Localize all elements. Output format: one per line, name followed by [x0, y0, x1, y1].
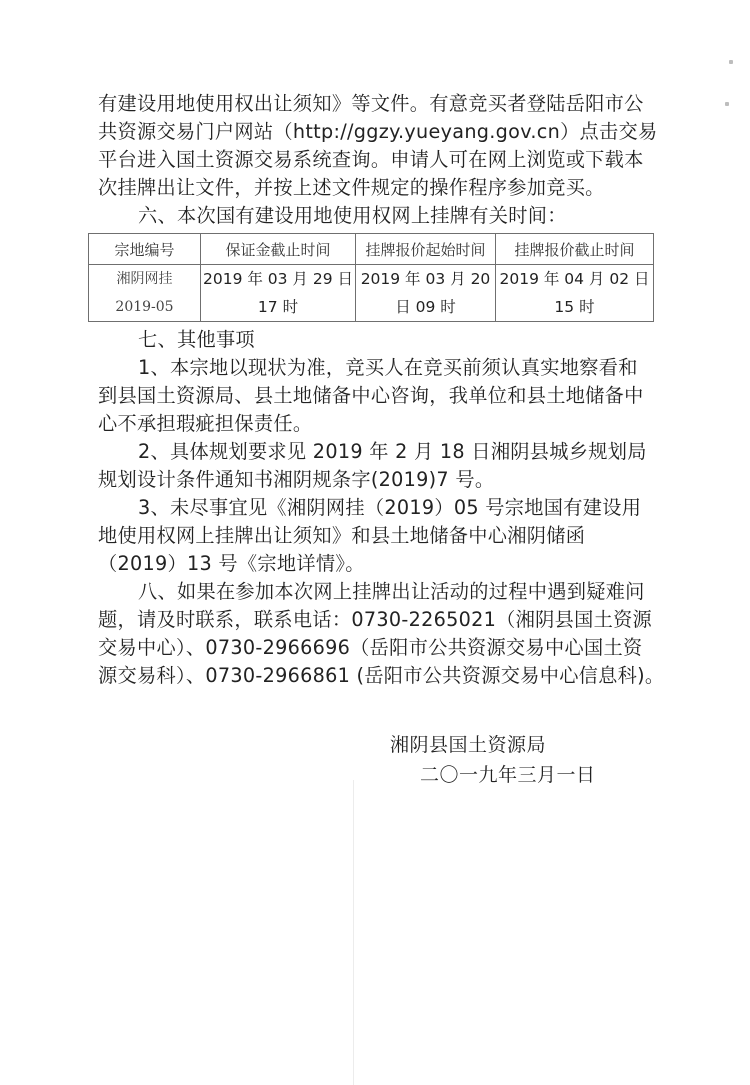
column-header-bid-end: 挂牌报价截止时间: [496, 234, 654, 265]
issue-date: 二〇一九年三月一日: [420, 760, 596, 787]
text-line: 心不承担瑕疵担保责任。: [98, 410, 643, 438]
listing-times-table: 宗地编号 保证金截止时间 挂牌报价起始时间 挂牌报价截止时间 湘阴网挂 2019…: [88, 233, 654, 322]
scan-speck: [729, 60, 733, 64]
text-line: 3、未尽事宜见《湘阴网挂（2019）05 号宗地国有建设用: [98, 494, 643, 522]
cell-line: 2019-05: [89, 293, 200, 321]
text-line: 1、本宗地以现状为准，竞买人在竞买前须认真实地察看和: [98, 354, 643, 382]
text-line: 规划设计条件通知书湘阴规条字(2019)7 号。: [98, 466, 643, 494]
text-line: 到县国土资源局、县土地储备中心咨询，我单位和县土地储备中: [98, 382, 643, 410]
text-line: 次挂牌出让文件，并按上述文件规定的操作程序参加竞买。: [98, 174, 643, 202]
cell-line: 15 时: [496, 293, 653, 321]
table-row: 湘阴网挂 2019-05 2019 年 03 月 29 日 17 时 2019 …: [89, 265, 654, 322]
section-8: 八、如果在参加本次网上挂牌出让活动的过程中遇到疑难问 题，请及时联系，联系电话：…: [98, 578, 643, 690]
text-line: 源交易科）、0730-2966861 (岳阳市公共资源交易中心信息科)。: [98, 662, 643, 690]
cell-line: 日 09 时: [356, 293, 495, 321]
cell-bid-end: 2019 年 04 月 02 日 15 时: [496, 265, 654, 322]
cell-line: 湘阴网挂: [89, 265, 200, 293]
table-header-row: 宗地编号 保证金截止时间 挂牌报价起始时间 挂牌报价截止时间: [89, 234, 654, 265]
text-line: 2、具体规划要求见 2019 年 2 月 18 日湘阴县城乡规划局: [98, 438, 643, 466]
column-header-parcel-id: 宗地编号: [89, 234, 201, 265]
text-line: 题，请及时联系，联系电话：0730-2265021（湘阴县国土资源: [98, 606, 643, 634]
cell-line: 2019 年 04 月 02 日: [496, 265, 653, 293]
cell-line: 17 时: [201, 293, 355, 321]
issuer-name: 湘阴县国土资源局: [390, 730, 546, 757]
text-line: 地使用权网上挂牌出让须知》和县土地储备中心湘阴储函: [98, 522, 643, 550]
text-line: 平台进入国土资源交易系统查询。申请人可在网上浏览或下载本: [98, 146, 643, 174]
section-6-heading: 六、本次国有建设用地使用权网上挂牌有关时间：: [98, 202, 643, 230]
intro-paragraph: 有建设用地使用权出让须知》等文件。有意竞买者登陆岳阳市公 共资源交易门户网站（h…: [98, 90, 643, 230]
column-header-deposit-deadline: 保证金截止时间: [201, 234, 356, 265]
section-7-heading: 七、其他事项: [98, 326, 643, 354]
scan-speck: [725, 102, 729, 106]
text-line: 共资源交易门户网站（http://ggzy.yueyang.gov.cn）点击交…: [98, 118, 643, 146]
scan-fold-line: [353, 780, 354, 1085]
text-line: 八、如果在参加本次网上挂牌出让活动的过程中遇到疑难问: [98, 578, 643, 606]
column-header-bid-start: 挂牌报价起始时间: [356, 234, 496, 265]
cell-parcel-id: 湘阴网挂 2019-05: [89, 265, 201, 322]
text-line: 交易中心）、0730-2966696（岳阳市公共资源交易中心国土资: [98, 634, 643, 662]
section-7: 七、其他事项 1、本宗地以现状为准，竞买人在竞买前须认真实地察看和 到县国土资源…: [98, 326, 643, 578]
cell-line: 2019 年 03 月 29 日: [201, 265, 355, 293]
cell-bid-start: 2019 年 03 月 20 日 09 时: [356, 265, 496, 322]
text-line: 有建设用地使用权出让须知》等文件。有意竞买者登陆岳阳市公: [98, 90, 643, 118]
cell-deposit-deadline: 2019 年 03 月 29 日 17 时: [201, 265, 356, 322]
cell-line: 2019 年 03 月 20: [356, 265, 495, 293]
text-line: （2019）13 号《宗地详情》。: [98, 550, 643, 578]
